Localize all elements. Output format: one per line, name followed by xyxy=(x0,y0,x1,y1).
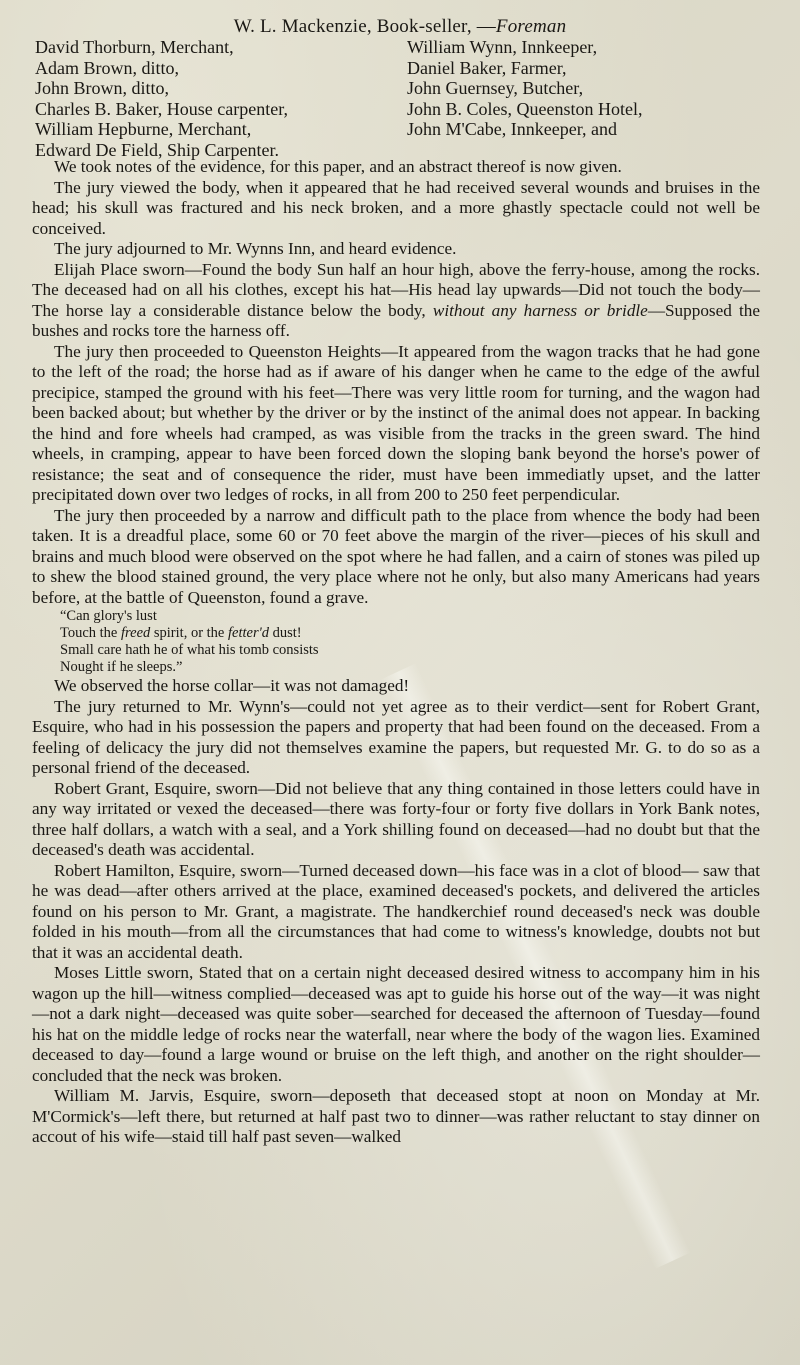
poem-text: Touch the xyxy=(60,625,121,641)
paragraph: The jury returned to Mr. Wynn's—could no… xyxy=(32,697,760,779)
juror: William Wynn, Innkeeper, xyxy=(407,37,747,58)
juror-column-left: David Thorburn, Merchant, Adam Brown, di… xyxy=(35,37,395,160)
paragraph: Moses Little sworn, Stated that on a cer… xyxy=(32,963,760,1086)
poem-italic: fetter'd xyxy=(228,625,269,641)
paragraph: We observed the horse collar—it was not … xyxy=(32,676,760,697)
elijah-italic: without any harness or bridle xyxy=(433,301,648,320)
paragraph: The jury viewed the body, when it appear… xyxy=(32,178,760,240)
paragraph: The jury then proceeded by a narrow and … xyxy=(32,506,760,609)
poem-line: “Can glory's lust xyxy=(60,608,760,625)
juror: John B. Coles, Queenston Hotel, xyxy=(407,99,747,120)
paragraph-elijah-place: Elijah Place sworn—Found the body Sun ha… xyxy=(32,260,760,342)
poem-text: spirit, or the xyxy=(150,625,228,641)
juror: Charles B. Baker, House carpenter, xyxy=(35,99,395,120)
foreman-role: Foreman xyxy=(496,16,566,37)
juror: Adam Brown, ditto, xyxy=(35,58,395,79)
juror: John Brown, ditto, xyxy=(35,78,395,99)
juror: John M'Cabe, Innkeeper, and xyxy=(407,119,747,140)
juror: Daniel Baker, Farmer, xyxy=(407,58,747,79)
paragraph: We took notes of the evidence, for this … xyxy=(32,157,760,178)
poem-line: Nought if he sleeps.” xyxy=(60,659,760,676)
poem-italic: freed xyxy=(121,625,150,641)
paragraph: The jury adjourned to Mr. Wynns Inn, and… xyxy=(32,239,760,260)
article-body: We took notes of the evidence, for this … xyxy=(32,157,760,1148)
poem-text: dust! xyxy=(269,625,302,641)
poem-quote: “Can glory's lust Touch the freed spirit… xyxy=(60,608,760,676)
poem-line: Small care hath he of what his tomb cons… xyxy=(60,642,760,659)
foreman-name: W. L. Mackenzie, Book-seller, — xyxy=(234,16,496,37)
paragraph: The jury then proceeded to Queenston Hei… xyxy=(32,342,760,506)
juror: William Hepburne, Merchant, xyxy=(35,119,395,140)
juror: John Guernsey, Butcher, xyxy=(407,78,747,99)
foreman-heading: W. L. Mackenzie, Book-seller, —Foreman xyxy=(0,16,800,38)
paragraph: Robert Hamilton, Esquire, sworn—Turned d… xyxy=(32,861,760,964)
paragraph: Robert Grant, Esquire, sworn—Did not bel… xyxy=(32,779,760,861)
newspaper-page: W. L. Mackenzie, Book-seller, —Foreman D… xyxy=(0,0,800,1365)
poem-line: Touch the freed spirit, or the fetter'd … xyxy=(60,625,760,642)
juror-column-right: William Wynn, Innkeeper, Daniel Baker, F… xyxy=(407,37,747,140)
paragraph: William M. Jarvis, Esquire, sworn—depose… xyxy=(32,1086,760,1148)
juror: David Thorburn, Merchant, xyxy=(35,37,395,58)
